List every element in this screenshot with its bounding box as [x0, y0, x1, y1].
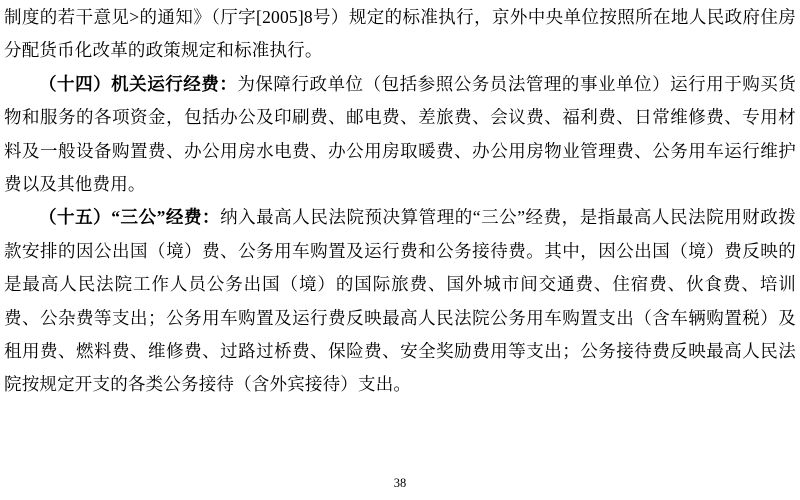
- document-body: 制度的若干意见>的通知》（厅字[2005]8号）规定的标准执行，京外中央单位按照…: [4, 1, 796, 402]
- page-number: 38: [0, 476, 800, 491]
- document-page: 制度的若干意见>的通知》（厅字[2005]8号）规定的标准执行，京外中央单位按照…: [0, 0, 800, 500]
- paragraph-text: 制度的若干意见>的通知》（厅字[2005]8号）规定的标准执行，京外中央单位按照…: [4, 7, 796, 60]
- paragraph-item-15: （十五）“三公”经费：纳入最高人民法院预决算管理的“三公”经费，是指最高人民法院…: [4, 201, 796, 401]
- paragraph-continuation: 制度的若干意见>的通知》（厅字[2005]8号）规定的标准执行，京外中央单位按照…: [4, 1, 796, 68]
- paragraph-text: 纳入最高人民法院预决算管理的“三公”经费，是指最高人民法院用财政拨款安排的因公出…: [4, 207, 796, 394]
- paragraph-lead: （十五）“三公”经费：: [39, 207, 220, 227]
- paragraph-lead: （十四）机关运行经费：: [39, 74, 237, 94]
- paragraph-item-14: （十四）机关运行经费：为保障行政单位（包括参照公务员法管理的事业单位）运行用于购…: [4, 68, 796, 202]
